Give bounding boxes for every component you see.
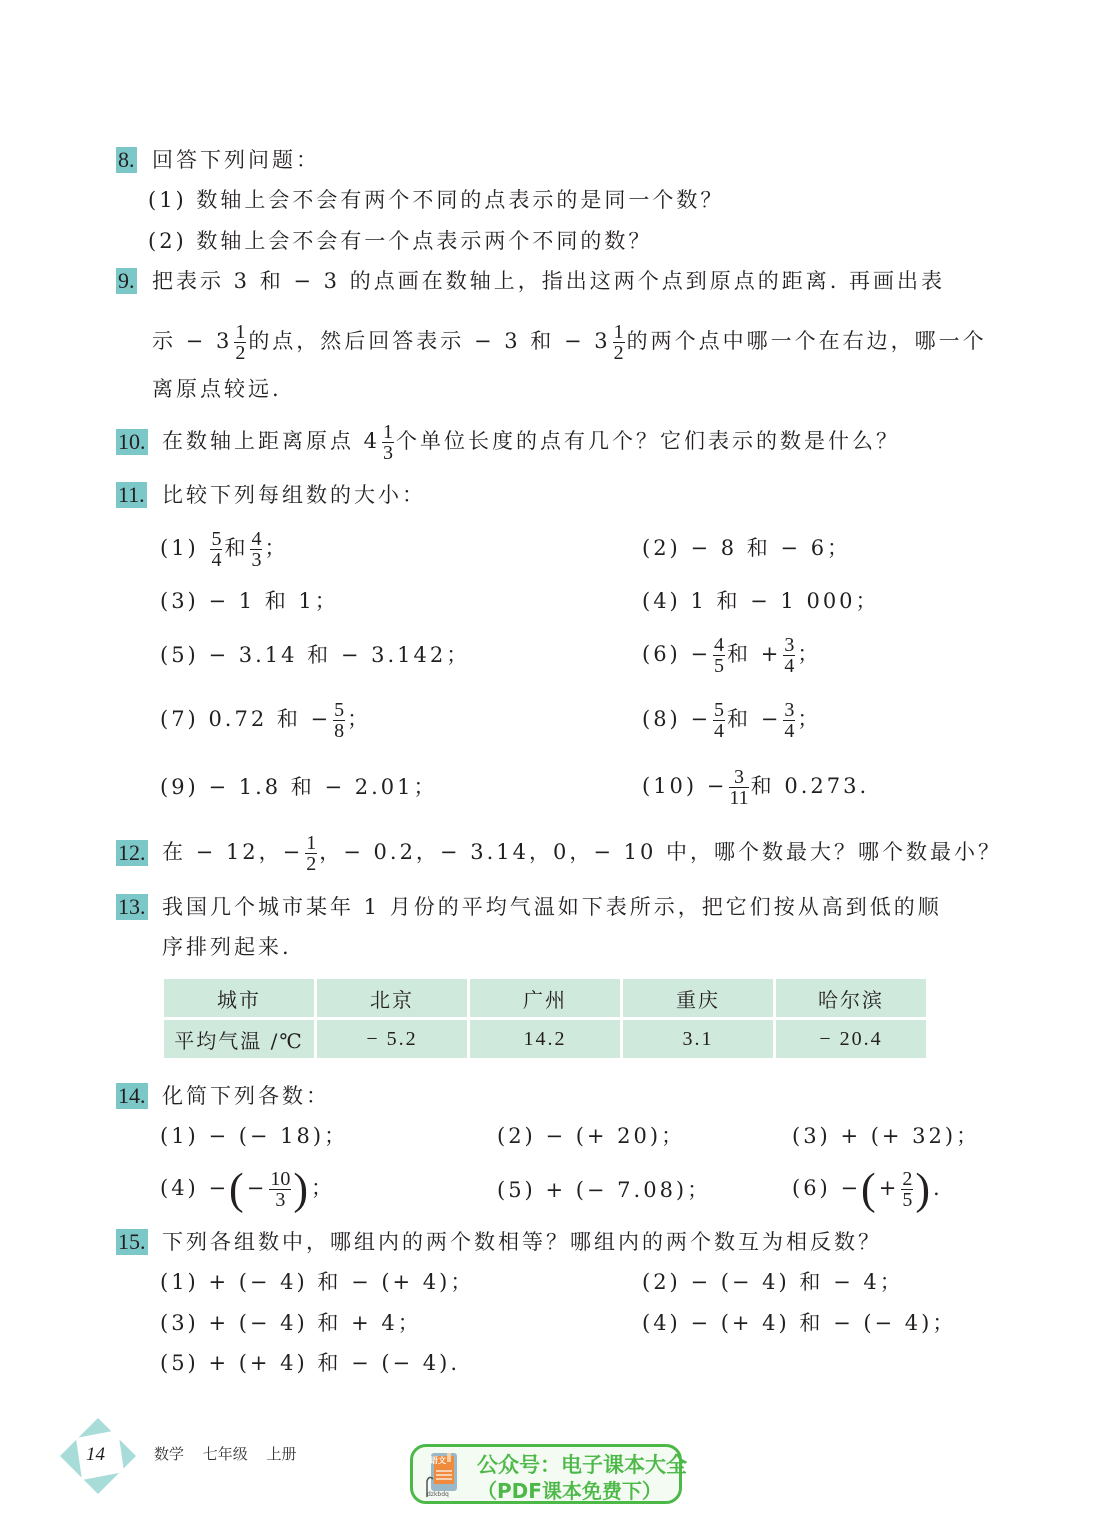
item-label: (2) — [642, 1270, 681, 1294]
book-title: 数学 七年级 上册 — [154, 1443, 297, 1464]
q11-item-5: (5) − 3.14 和 − 3.142； — [160, 642, 470, 668]
q9-line2-b: 的点，然后回答表示 − 3 和 − 3 — [248, 329, 610, 353]
item-text: − (− 4) 和 − 4； — [690, 1270, 903, 1294]
question-number-8: 8. — [116, 147, 137, 173]
q15-item-1: (1) + (− 4) 和 − (+ 4)； — [160, 1269, 474, 1295]
punct: ； — [797, 707, 821, 731]
watermark-stamp: 语文 dzkbdq 公众号：电子课本大全 （PDF课本免费下） — [410, 1444, 682, 1504]
punct: ； — [797, 642, 821, 666]
question-number-15: 15. — [116, 1229, 148, 1255]
item-label: (3) — [792, 1124, 831, 1148]
q11-prompt: 比较下列每组数的大小： — [162, 482, 426, 508]
table-header-cell: 哈尔滨 — [776, 979, 926, 1017]
q12-text-a: 在 − 12，− — [162, 840, 303, 864]
item-text: + (+ 32)； — [840, 1124, 980, 1148]
fraction: 34 — [783, 635, 795, 676]
sign: − — [707, 774, 728, 798]
q15-item-5: (5) + (+ 4) 和 − (− 4). — [160, 1350, 460, 1376]
item-text: + (− 7.08)； — [545, 1178, 711, 1202]
q11-item-3: (3) − 1 和 1； — [160, 588, 339, 614]
fraction: 54 — [713, 700, 725, 741]
denominator: 2 — [305, 854, 317, 874]
item-label: (9) — [160, 775, 199, 799]
item-label: (1) — [160, 1270, 199, 1294]
table-header-cell: 广州 — [470, 979, 620, 1017]
item-label: (4) — [642, 589, 681, 613]
denominator: 3 — [250, 550, 262, 570]
q8-sub2: (2) 数轴上会不会有一个点表示两个不同的数？ — [148, 228, 652, 254]
q9-line2-c: 的两个点中哪一个在右边，哪一个 — [627, 329, 987, 353]
q15-item-4: (4) − (+ 4) 和 − (− 4)； — [642, 1310, 956, 1336]
item-text: + (− 4) 和 − (+ 4)； — [208, 1270, 474, 1294]
numerator: 3 — [783, 635, 795, 656]
q10-text-b: 个单位长度的点有几个？它们表示的数是什么？ — [396, 429, 900, 453]
q11-item-4: (4) 1 和 − 1 000； — [642, 588, 880, 614]
stamp-line-2: （PDF课本免费下） — [477, 1475, 662, 1504]
denominator: 3 — [269, 1190, 291, 1210]
q14-item-6: (6) −(+25). — [792, 1166, 943, 1212]
numerator: 2 — [901, 1169, 913, 1190]
item-label: (4) — [642, 1311, 681, 1335]
table-header-cell: 重庆 — [623, 979, 773, 1017]
sign: − — [208, 1176, 229, 1200]
table-header-cell: 城市 — [164, 979, 314, 1017]
q15-item-3: (3) + (− 4) 和 + 4； — [160, 1310, 422, 1336]
left-paren: ( — [861, 1165, 879, 1214]
q14-item-3: (3) + (+ 32)； — [792, 1123, 980, 1149]
denominator: 2 — [234, 343, 246, 363]
sign: − — [840, 1176, 861, 1200]
q8-sub1: (1) 数轴上会不会有两个不同的点表示的是同一个数？ — [148, 187, 724, 213]
table-cell: 14.2 — [470, 1020, 620, 1058]
item-label: (6) — [792, 1176, 831, 1200]
question-number-12: 12. — [116, 840, 148, 866]
punct: ； — [347, 707, 371, 731]
item-text: − (− 18)； — [208, 1124, 348, 1148]
connector: 和 — [224, 536, 248, 560]
fraction-one-third: 13 — [382, 422, 394, 463]
q11-item-9: (9) − 1.8 和 − 2.01； — [160, 774, 438, 800]
q11-item-8: (8) −54和 −34； — [642, 697, 821, 741]
fraction: 311 — [729, 767, 748, 808]
item-text: − (+ 4) 和 − (− 4)； — [690, 1311, 956, 1335]
q12-text-b: ，− 0.2，− 3.14，0，− 10 中，哪个数最大？哪个数最小？ — [319, 840, 1002, 864]
q9-line2-a: 示 − 3 — [152, 329, 232, 353]
q10-text: 在数轴上距离原点 413个单位长度的点有几个？它们表示的数是什么？ — [162, 419, 900, 463]
table-cell: − 20.4 — [776, 1020, 926, 1058]
table-header-cell: 北京 — [317, 979, 467, 1017]
numerator: 1 — [234, 322, 246, 343]
q9-line2: 示 − 312的点，然后回答表示 − 3 和 − 312的两个点中哪一个在右边，… — [152, 322, 987, 363]
q12-text: 在 − 12，−12，− 0.2，− 3.14，0，− 10 中，哪个数最大？哪… — [162, 830, 1002, 874]
numerator: 1 — [305, 833, 317, 854]
numerator: 4 — [250, 529, 262, 550]
fraction-one-half: 12 — [613, 322, 625, 363]
numerator: 1 — [613, 322, 625, 343]
item-label: (5) — [160, 643, 199, 667]
item-text: 1 和 − 1 000； — [690, 589, 879, 613]
fraction: 45 — [713, 635, 725, 676]
table-header-row: 城市 北京 广州 重庆 哈尔滨 — [164, 979, 926, 1017]
connector: 和 + — [727, 642, 781, 666]
item-text: − 1.8 和 − 2.01； — [208, 775, 437, 799]
item-label: (1) — [160, 536, 199, 560]
right-paren: ) — [293, 1165, 311, 1214]
connector: 和 − — [727, 707, 781, 731]
denominator: 4 — [783, 656, 795, 676]
punct: . — [933, 1176, 943, 1200]
item-label: (6) — [642, 642, 681, 666]
numerator: 5 — [713, 700, 725, 721]
item-text: − 1 和 1； — [208, 589, 338, 613]
ebook-icon-sub: dzkbdq — [427, 1491, 449, 1498]
denominator: 5 — [713, 656, 725, 676]
table-cell: − 5.2 — [317, 1020, 467, 1058]
item-label: (3) — [160, 589, 199, 613]
question-number-11: 11. — [116, 482, 147, 508]
connector: 和 0.273. — [751, 774, 869, 798]
q14-item-2: (2) − (+ 20)； — [497, 1123, 685, 1149]
item-text: 0.72 和 − — [208, 707, 331, 731]
denominator: 5 — [901, 1190, 913, 1210]
temperature-table: 城市 北京 广州 重庆 哈尔滨 平均气温 /℃ − 5.2 14.2 3.1 −… — [161, 976, 929, 1061]
page-number-badge: 14 — [58, 1416, 138, 1496]
table-cell: 3.1 — [623, 1020, 773, 1058]
question-number-13: 13. — [116, 894, 148, 920]
ebook-icon-label: 语文 — [430, 1455, 446, 1466]
q15-item-2: (2) − (− 4) 和 − 4； — [642, 1269, 904, 1295]
denominator: 4 — [783, 721, 795, 741]
denominator: 11 — [729, 788, 748, 808]
q11-item-7: (7) 0.72 和 −58； — [160, 697, 371, 741]
punct: ； — [264, 536, 288, 560]
fraction: 43 — [250, 529, 262, 570]
fraction: 34 — [783, 700, 795, 741]
question-number-9: 9. — [116, 268, 137, 294]
q13-line1: 我国几个城市某年 1 月份的平均气温如下表所示，把它们按从高到低的顺 — [162, 894, 942, 920]
q11-item-2: (2) − 8 和 − 6； — [642, 535, 851, 561]
sign: − — [690, 642, 711, 666]
q14-item-4: (4) −(−103)； — [160, 1166, 335, 1212]
q14-item-1: (1) − (− 18)； — [160, 1123, 348, 1149]
numerator: 3 — [729, 767, 748, 788]
item-label: (7) — [160, 707, 199, 731]
numerator: 3 — [783, 700, 795, 721]
item-label: (5) — [160, 1351, 199, 1375]
page-number: 14 — [86, 1444, 105, 1466]
item-text: − 8 和 − 6； — [690, 536, 851, 560]
item-label: (8) — [642, 707, 681, 731]
fraction: 54 — [210, 529, 222, 570]
fraction: 58 — [333, 700, 345, 741]
q13-line2: 序排列起来. — [162, 934, 292, 960]
item-text: + (− 4) 和 + 4； — [208, 1311, 421, 1335]
numerator: 1 — [382, 422, 394, 443]
question-number-14: 14. — [116, 1083, 148, 1109]
q11-item-10: (10) −311和 0.273. — [642, 764, 869, 808]
fraction: 103 — [269, 1169, 291, 1210]
table-row: 平均气温 /℃ − 5.2 14.2 3.1 − 20.4 — [164, 1020, 926, 1058]
item-label: (10) — [642, 774, 697, 798]
sign: + — [879, 1176, 900, 1200]
item-label: (4) — [160, 1176, 199, 1200]
q9-line3: 离原点较远. — [152, 376, 282, 402]
q10-text-a: 在数轴上距离原点 4 — [162, 429, 380, 453]
numerator: 5 — [333, 700, 345, 721]
q14-prompt: 化简下列各数： — [162, 1083, 330, 1109]
denominator: 2 — [613, 343, 625, 363]
right-paren: ) — [915, 1165, 933, 1214]
sign: − — [690, 707, 711, 731]
numerator: 10 — [269, 1169, 291, 1190]
q8-prompt: 回答下列问题： — [152, 147, 320, 173]
item-label: (1) — [160, 1124, 199, 1148]
table-cell: 平均气温 /℃ — [164, 1020, 314, 1058]
item-label: (5) — [497, 1178, 536, 1202]
left-paren: ( — [229, 1165, 247, 1214]
question-number-10: 10. — [116, 429, 148, 455]
q11-item-1: (1) 54和43； — [160, 526, 288, 570]
item-text: − 3.14 和 − 3.142； — [208, 643, 470, 667]
fraction: 25 — [901, 1169, 913, 1210]
item-text: − (+ 20)； — [545, 1124, 685, 1148]
q14-item-5: (5) + (− 7.08)； — [497, 1177, 711, 1203]
item-label: (2) — [497, 1124, 536, 1148]
numerator: 4 — [713, 635, 725, 656]
numerator: 5 — [210, 529, 222, 550]
denominator: 4 — [713, 721, 725, 741]
item-label: (2) — [642, 536, 681, 560]
denominator: 8 — [333, 721, 345, 741]
fraction-one-half: 12 — [305, 833, 317, 874]
fraction-one-half: 12 — [234, 322, 246, 363]
denominator: 3 — [382, 443, 394, 463]
q9-line1: 把表示 3 和 − 3 的点画在数轴上，指出这两个点到原点的距离. 再画出表 — [152, 268, 945, 294]
q15-prompt: 下列各组数中，哪组内的两个数相等？哪组内的两个数互为相反数？ — [162, 1229, 882, 1255]
item-label: (3) — [160, 1311, 199, 1335]
denominator: 4 — [210, 550, 222, 570]
sign: − — [247, 1176, 268, 1200]
item-text: + (+ 4) 和 − (− 4). — [208, 1351, 460, 1375]
punct: ； — [311, 1176, 335, 1200]
q11-item-6: (6) −45和 +34； — [642, 632, 821, 676]
